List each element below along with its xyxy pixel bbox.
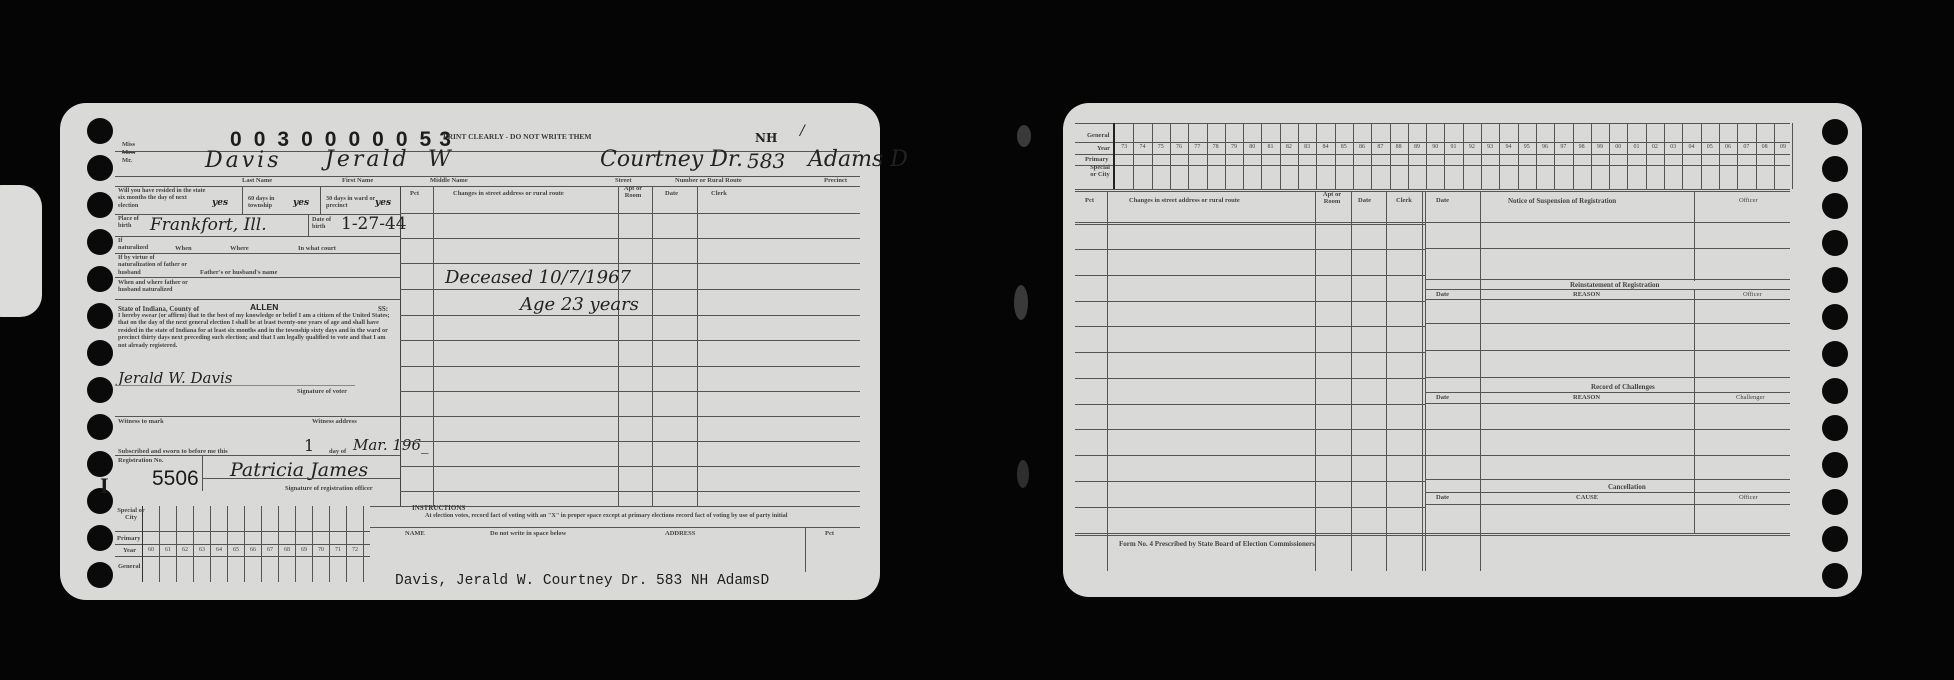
rule — [115, 416, 400, 417]
residency-q1-label: Will you have resided in the state six m… — [118, 187, 208, 209]
grid-label-special: Special or City — [117, 508, 145, 521]
first-name: Jerald — [325, 147, 410, 172]
divider — [1719, 123, 1720, 189]
grid-year: 00 — [1609, 144, 1627, 150]
suspension-header-notice: Notice of Suspension of Registration — [1508, 197, 1616, 205]
cancellation-header-cause: CAUSE — [1576, 494, 1598, 501]
divider — [1554, 123, 1555, 189]
divider — [1646, 123, 1647, 189]
punch-hole — [1822, 193, 1848, 219]
grid-year: 92 — [1463, 144, 1481, 150]
rule — [115, 544, 370, 545]
divider — [1113, 123, 1115, 189]
divider — [176, 506, 177, 582]
punch-hole — [87, 525, 113, 551]
divider — [1737, 123, 1738, 189]
punch-hole — [1822, 156, 1848, 182]
changes-header-street: Changes in street address or rural route — [453, 190, 564, 197]
father-naturalized-label: When and where father or husband natural… — [118, 279, 203, 294]
subscribed-month-year: Mar. 196_ — [353, 436, 429, 454]
suspension-header-date: Date — [1436, 197, 1449, 204]
grid-year: 97 — [1554, 144, 1572, 150]
residency-q3-answer: yes — [375, 198, 391, 208]
divider — [1261, 123, 1262, 189]
grid-year: 88 — [1390, 144, 1408, 150]
precinct: Adams D — [808, 147, 908, 172]
rule — [1075, 455, 1425, 456]
divider — [1225, 123, 1226, 189]
grid-year: 65 — [228, 547, 244, 553]
divider — [697, 186, 698, 506]
divider — [346, 506, 347, 582]
salutation-mr: Mr. — [122, 157, 132, 164]
divider — [1518, 123, 1519, 189]
rule — [1425, 455, 1790, 456]
residency-q1-answer: yes — [212, 198, 228, 208]
cancellation-title: Cancellation — [1608, 483, 1646, 491]
rule — [400, 263, 860, 264]
divider — [1371, 123, 1372, 189]
changes-header-date: Date — [665, 190, 678, 197]
birth-place: Frankfort, Ill. — [150, 215, 267, 235]
challenges-header-date: Date — [1436, 394, 1449, 401]
divider — [618, 186, 619, 506]
divider — [193, 506, 194, 582]
changes-header-clerk: Clerk — [711, 190, 727, 197]
age-note: Age 23 years — [520, 294, 639, 315]
grid-label-special: Special or City — [1090, 165, 1110, 178]
grid-year: 60 — [143, 547, 159, 553]
grid-year: 61 — [160, 547, 176, 553]
divider — [1316, 123, 1317, 189]
rule — [115, 186, 860, 187]
grid-year: 85 — [1335, 144, 1353, 150]
rule — [1075, 535, 1790, 536]
rule — [115, 455, 400, 456]
divider — [1701, 123, 1702, 189]
divider — [1188, 123, 1189, 189]
rule — [1075, 404, 1425, 405]
voter-signature-label: Signature of voter — [297, 388, 347, 395]
birth-date: 1-27-44 — [341, 214, 407, 234]
divider — [1664, 123, 1665, 189]
rule — [1425, 392, 1790, 393]
grid-year: 01 — [1627, 144, 1645, 150]
instructions-text: At election votes, record fact of voting… — [425, 512, 845, 519]
naturalized-label: If naturalized — [118, 237, 150, 252]
punch-hole — [87, 414, 113, 440]
divider — [400, 186, 401, 506]
typed-name-address: Davis, Jerald W. Courtney Dr. 583 NH Ada… — [395, 573, 769, 589]
grid-year: 05 — [1701, 144, 1719, 150]
registrar-label: Signature of registration officer — [285, 485, 373, 492]
divider — [1536, 123, 1537, 189]
rule — [115, 236, 400, 237]
changes-header-pct: Pct — [410, 190, 419, 197]
divider — [1207, 123, 1208, 189]
grid-year: 69 — [296, 547, 312, 553]
last-name: Davis — [205, 148, 282, 173]
grid-year: 80 — [1243, 144, 1261, 150]
grid-year: 91 — [1444, 144, 1462, 150]
reinstatement-header-reason: REASON — [1573, 291, 1600, 298]
subscribed-day: 1 — [304, 436, 314, 455]
rule — [400, 491, 860, 492]
rule — [115, 531, 370, 532]
punch-hole — [87, 155, 113, 181]
divider — [1133, 123, 1134, 189]
punch-hole — [1822, 230, 1848, 256]
rule — [1075, 275, 1425, 276]
divider — [1627, 123, 1628, 189]
divider — [142, 506, 143, 582]
divider — [1573, 123, 1574, 189]
divider — [308, 214, 309, 236]
divider — [210, 506, 211, 582]
grid-year: 08 — [1756, 144, 1774, 150]
grid-label-year: Year — [1097, 145, 1110, 152]
punch-hole — [1822, 267, 1848, 293]
grid-label-general: General — [118, 563, 140, 570]
divider — [1386, 191, 1387, 571]
form-footer: Form No. 4 Prescribed by State Board of … — [1119, 540, 1315, 548]
rule — [1075, 191, 1790, 192]
rule — [400, 315, 860, 316]
rule — [400, 238, 860, 239]
grid-year: 83 — [1298, 144, 1316, 150]
rule — [1075, 429, 1425, 430]
rule — [400, 466, 860, 467]
punch-hole — [1822, 563, 1848, 589]
grid-year: 03 — [1664, 144, 1682, 150]
birth-place-label: Place of birth — [118, 215, 142, 230]
divider — [433, 186, 434, 506]
registration-card-front: 0030000053 PRINT CLEARLY - DO NOT WRITE … — [60, 103, 880, 600]
grid-year: 63 — [194, 547, 210, 553]
punch-hole — [1822, 378, 1848, 404]
residency-q2-label: 60 days in township — [248, 195, 293, 210]
punch-hole — [1822, 452, 1848, 478]
street-number: 583 — [747, 149, 785, 173]
divider — [1694, 492, 1695, 534]
number-label: Number or Rural Route — [675, 177, 742, 184]
corner-mark: / — [800, 123, 805, 139]
residency-q2-answer: yes — [293, 198, 309, 208]
grid-year: 81 — [1261, 144, 1279, 150]
rule — [115, 176, 860, 177]
serial-digit: 0 — [301, 128, 315, 151]
instructions-pct-label: Pct — [825, 530, 834, 537]
back-changes-header-date: Date — [1358, 197, 1371, 204]
rule — [1425, 248, 1790, 249]
divider — [1152, 123, 1153, 189]
cancellation-header-date: Date — [1436, 494, 1449, 501]
rule — [1425, 377, 1790, 378]
rule — [1425, 279, 1790, 280]
grid-year: 90 — [1426, 144, 1444, 150]
rule — [370, 527, 860, 528]
rule — [1425, 222, 1790, 223]
naturalized-when-label: When — [175, 245, 192, 252]
divider — [1444, 123, 1445, 189]
county-name: ALLEN — [250, 302, 278, 312]
rule — [115, 385, 355, 386]
divider — [1756, 123, 1757, 189]
divider — [320, 186, 321, 214]
challenges-title: Record of Challenges — [1591, 383, 1655, 391]
film-speck — [1017, 460, 1029, 488]
instructions-address-label: ADDRESS — [665, 530, 695, 537]
reinstatement-header-officer: Officer — [1743, 291, 1762, 298]
rule — [1425, 504, 1790, 505]
grid-year: 71 — [330, 547, 346, 553]
witness-label: Witness to mark — [118, 418, 164, 425]
registration-no-label: Registration No. — [118, 457, 164, 464]
rule — [400, 213, 860, 214]
challenges-header-challenger: Challenger — [1736, 394, 1765, 401]
changes-header-apt: Apt or Room — [622, 186, 644, 199]
witness-address-label: Witness address — [312, 418, 357, 425]
divider — [1170, 123, 1171, 189]
back-changes-header-pct: Pct — [1085, 197, 1094, 204]
rule — [400, 289, 860, 290]
divider — [1792, 123, 1793, 189]
rule — [400, 416, 860, 417]
rule — [400, 391, 860, 392]
divider — [1422, 191, 1423, 571]
street-label: Street — [615, 177, 631, 184]
reinstatement-title: Reinstatement of Registration — [1570, 281, 1659, 289]
grid-year: 67 — [262, 547, 278, 553]
punch-hole — [87, 118, 113, 144]
challenges-header-reason: REASON — [1573, 394, 1600, 401]
rule — [1075, 378, 1425, 379]
naturalized-court-label: In what court — [298, 245, 336, 252]
grid-year: 77 — [1188, 144, 1206, 150]
suspension-header-officer: Officer — [1739, 197, 1758, 204]
grid-label-general: General — [1087, 132, 1109, 139]
instructions-name-label: NAME — [405, 530, 425, 537]
deceased-note: Deceased 10/7/1967 — [445, 267, 631, 288]
punch-hole — [1822, 341, 1848, 367]
father-name-label: Father's or husband's name — [200, 269, 277, 276]
rule — [1425, 479, 1790, 480]
instructions-title: INSTRUCTIONS — [412, 504, 465, 512]
rule — [1425, 350, 1790, 351]
divider — [1426, 123, 1427, 189]
divider — [242, 186, 243, 214]
cancellation-header-officer: Officer — [1739, 494, 1758, 501]
divider — [159, 506, 160, 582]
divider — [1107, 191, 1108, 571]
header-instruction: PRINT CLEARLY - DO NOT WRITE THEM — [443, 132, 592, 141]
grid-year: 96 — [1536, 144, 1554, 150]
divider — [1463, 123, 1464, 189]
punch-hole — [87, 192, 113, 218]
oath-text: I hereby swear (or affirm) that to the b… — [118, 312, 393, 349]
salutation-miss: Miss — [122, 141, 135, 148]
birth-date-label: Date of birth — [312, 216, 336, 231]
rule — [1075, 189, 1790, 190]
divider — [1353, 123, 1354, 189]
salutation-mrs: Mrs. — [122, 149, 135, 156]
grid-year: 94 — [1499, 144, 1517, 150]
divider — [1298, 123, 1299, 189]
rule — [1425, 403, 1790, 404]
grid-year: 95 — [1518, 144, 1536, 150]
rule — [1075, 507, 1425, 508]
grid-label-primary: Primary — [117, 535, 140, 542]
divider — [1591, 123, 1592, 189]
registration-number: 5506 — [152, 467, 199, 491]
grid-year: 89 — [1408, 144, 1426, 150]
divider — [261, 506, 262, 582]
punch-hole — [1822, 489, 1848, 515]
rule — [1075, 481, 1425, 482]
punch-hole — [87, 229, 113, 255]
reinstatement-header-date: Date — [1436, 291, 1449, 298]
back-changes-header-clerk: Clerk — [1396, 197, 1412, 204]
naturalized-where-label: Where — [230, 245, 249, 252]
divider — [363, 506, 364, 582]
grid-year: 82 — [1280, 144, 1298, 150]
rule — [400, 441, 860, 442]
grid-year: 99 — [1591, 144, 1609, 150]
grid-year: 04 — [1682, 144, 1700, 150]
divider — [329, 506, 330, 582]
rule — [1075, 249, 1425, 250]
by-virtue-label: If by virtue of naturalization of father… — [118, 254, 193, 276]
divider — [1280, 123, 1281, 189]
divider — [1609, 123, 1610, 189]
divider — [1315, 191, 1316, 571]
grid-label-year: Year — [123, 547, 136, 554]
divider — [227, 506, 228, 582]
divider — [202, 455, 203, 491]
grid-year: 68 — [279, 547, 295, 553]
adjacent-card-edge — [0, 185, 42, 317]
grid-year: 75 — [1152, 144, 1170, 150]
address-annotation: NH — [755, 131, 777, 145]
grid-year: 07 — [1737, 144, 1755, 150]
rule — [1075, 222, 1425, 223]
divider — [652, 186, 653, 506]
grid-year: 62 — [177, 547, 193, 553]
rule — [1075, 224, 1425, 225]
punch-hole — [1822, 119, 1848, 145]
film-speck — [1014, 285, 1028, 320]
grid-year: 93 — [1481, 144, 1499, 150]
divider — [244, 506, 245, 582]
divider — [1408, 123, 1409, 189]
divider — [1499, 123, 1500, 189]
rule — [1425, 323, 1790, 324]
rule — [1425, 299, 1790, 300]
film-speck — [1017, 125, 1031, 147]
back-changes-header-apt: Apt or Room — [1317, 192, 1347, 205]
divider — [278, 506, 279, 582]
rule — [115, 299, 400, 300]
punch-hole — [87, 266, 113, 292]
rule — [1075, 301, 1425, 302]
divider — [1243, 123, 1244, 189]
grid-year: 73 — [1115, 144, 1133, 150]
grid-year: 09 — [1774, 144, 1792, 150]
grid-year: 72 — [347, 547, 363, 553]
precinct-label: Precinct — [824, 177, 847, 184]
punch-hole — [87, 377, 113, 403]
grid-year: 86 — [1353, 144, 1371, 150]
rule — [202, 478, 400, 479]
rule — [1075, 533, 1790, 534]
registration-card-back: General Year Primary Special or City 737… — [1063, 103, 1862, 597]
rule — [1425, 492, 1790, 493]
rule — [115, 277, 400, 278]
grid-year: 98 — [1573, 144, 1591, 150]
rule — [1425, 289, 1790, 290]
divider — [1694, 392, 1695, 500]
divider — [1694, 289, 1695, 395]
subscribed-day-of: day of — [329, 448, 346, 455]
divider — [1390, 123, 1391, 189]
grid-year: 87 — [1371, 144, 1389, 150]
voting-grid-front: Special or City Primary Year General 60 … — [115, 506, 370, 600]
grid-year: 70 — [313, 547, 329, 553]
section-letter: I — [100, 473, 109, 499]
back-changes-header-street: Changes in street address or rural route — [1129, 197, 1240, 204]
punch-hole — [1822, 415, 1848, 441]
middle-name: W — [428, 147, 451, 172]
last-name-label: Last Name — [242, 177, 272, 184]
divider — [1351, 191, 1352, 571]
grid-year: 79 — [1225, 144, 1243, 150]
grid-year: 02 — [1646, 144, 1664, 150]
rule — [115, 556, 370, 557]
rule — [1425, 429, 1790, 430]
grid-year: 84 — [1316, 144, 1334, 150]
grid-year: 66 — [245, 547, 261, 553]
punch-hole — [87, 562, 113, 588]
divider — [1774, 123, 1775, 189]
divider — [1335, 123, 1336, 189]
street-name: Courtney Dr. — [600, 147, 743, 172]
divider — [1481, 123, 1482, 189]
divider — [1682, 123, 1683, 189]
punch-hole — [87, 303, 113, 329]
rule — [1075, 352, 1425, 353]
grid-year: 64 — [211, 547, 227, 553]
grid-year: 76 — [1170, 144, 1188, 150]
instructions-do-not-write: Do not write in space below — [490, 530, 566, 537]
grid-year: 74 — [1133, 144, 1151, 150]
divider — [295, 506, 296, 582]
punch-hole — [1822, 526, 1848, 552]
punch-hole — [87, 340, 113, 366]
rule — [1075, 326, 1425, 327]
punch-hole — [1822, 304, 1848, 330]
rule — [400, 366, 860, 367]
divider — [805, 527, 806, 572]
first-name-label: First Name — [342, 177, 373, 184]
subscribed-label: Subscribed and sworn to before me this — [118, 448, 228, 455]
grid-year: 78 — [1207, 144, 1225, 150]
grid-label-primary: Primary — [1085, 156, 1108, 163]
grid-year: 06 — [1719, 144, 1737, 150]
divider — [1694, 191, 1695, 281]
divider — [312, 506, 313, 582]
rule — [400, 340, 860, 341]
middle-name-label: Middle Name — [430, 177, 468, 184]
